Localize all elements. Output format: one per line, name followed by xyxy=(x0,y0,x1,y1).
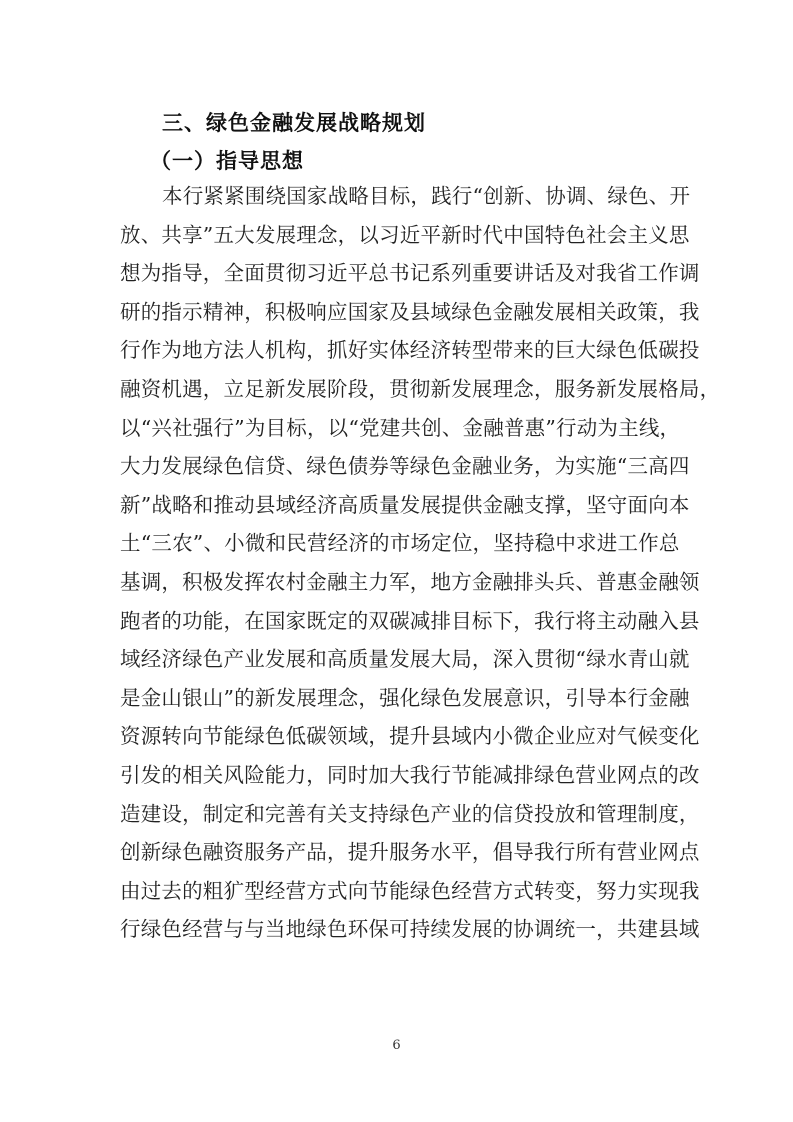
paragraph-line: 行绿色经营与与当地绿色环保可持续发展的协调统一，共建县域 xyxy=(120,914,673,953)
paragraph-line: 行作为地方法人机构，抓好实体经济转型带来的巨大绿色低碳投 xyxy=(120,335,673,374)
page-number: 6 xyxy=(0,1038,793,1053)
subsection-heading: （一）指导思想 xyxy=(150,145,304,175)
paragraph-line: 以“兴社强行”为目标，以“党建共创、金融普惠”行动为主线， xyxy=(120,413,673,452)
paragraph-line: 基调，积极发挥农村金融主力军，地方金融排头兵、普惠金融领 xyxy=(120,567,673,606)
paragraph-line: 跑者的功能，在国家既定的双碳减排目标下，我行将主动融入县 xyxy=(120,606,673,645)
paragraph-line: 研的指示精神，积极响应国家及县域绿色金融发展相关政策，我 xyxy=(120,297,673,336)
paragraph-line: 大力发展绿色信贷、绿色债券等绿色金融业务，为实施“三高四 xyxy=(120,451,673,490)
paragraph-line: 引发的相关风险能力，同时加大我行节能减排绿色营业网点的改 xyxy=(120,760,673,799)
paragraph-line: 融资机遇，立足新发展阶段，贯彻新发展理念，服务新发展格局， xyxy=(120,374,673,413)
paragraph-line: 想为指导，全面贯彻习近平总书记系列重要讲话及对我省工作调 xyxy=(120,258,673,297)
paragraph-line: 创新绿色融资服务产品，提升服务水平，倡导我行所有营业网点 xyxy=(120,837,673,876)
paragraph-line: 放、共享”五大发展理念，以习近平新时代中国特色社会主义思 xyxy=(120,220,673,259)
paragraph-line: 土“三农”、小微和民营经济的市场定位，坚持稳中求进工作总 xyxy=(120,528,673,567)
paragraph-line: 由过去的粗犷型经营方式向节能绿色经营方式转变，努力实现我 xyxy=(120,876,673,915)
section-heading: 三、绿色金融发展战略规划 xyxy=(162,107,426,137)
document-page: 三、绿色金融发展战略规划 （一）指导思想 本行紧紧围绕国家战略目标，践行“创新、… xyxy=(0,0,793,1122)
paragraph-line: 资源转向节能绿色低碳领域，提升县域内小微企业应对气候变化 xyxy=(120,721,673,760)
paragraph-line: 本行紧紧围绕国家战略目标，践行“创新、协调、绿色、开 xyxy=(120,181,673,220)
body-paragraph: 本行紧紧围绕国家战略目标，践行“创新、协调、绿色、开 放、共享”五大发展理念，以… xyxy=(120,181,673,953)
paragraph-line: 新”战略和推动县域经济高质量发展提供金融支撑，坚守面向本 xyxy=(120,490,673,529)
paragraph-line: 是金山银山”的新发展理念，强化绿色发展意识，引导本行金融 xyxy=(120,683,673,722)
paragraph-line: 造建设，制定和完善有关支持绿色产业的信贷投放和管理制度， xyxy=(120,799,673,838)
paragraph-line: 域经济绿色产业发展和高质量发展大局，深入贯彻“绿水青山就 xyxy=(120,644,673,683)
